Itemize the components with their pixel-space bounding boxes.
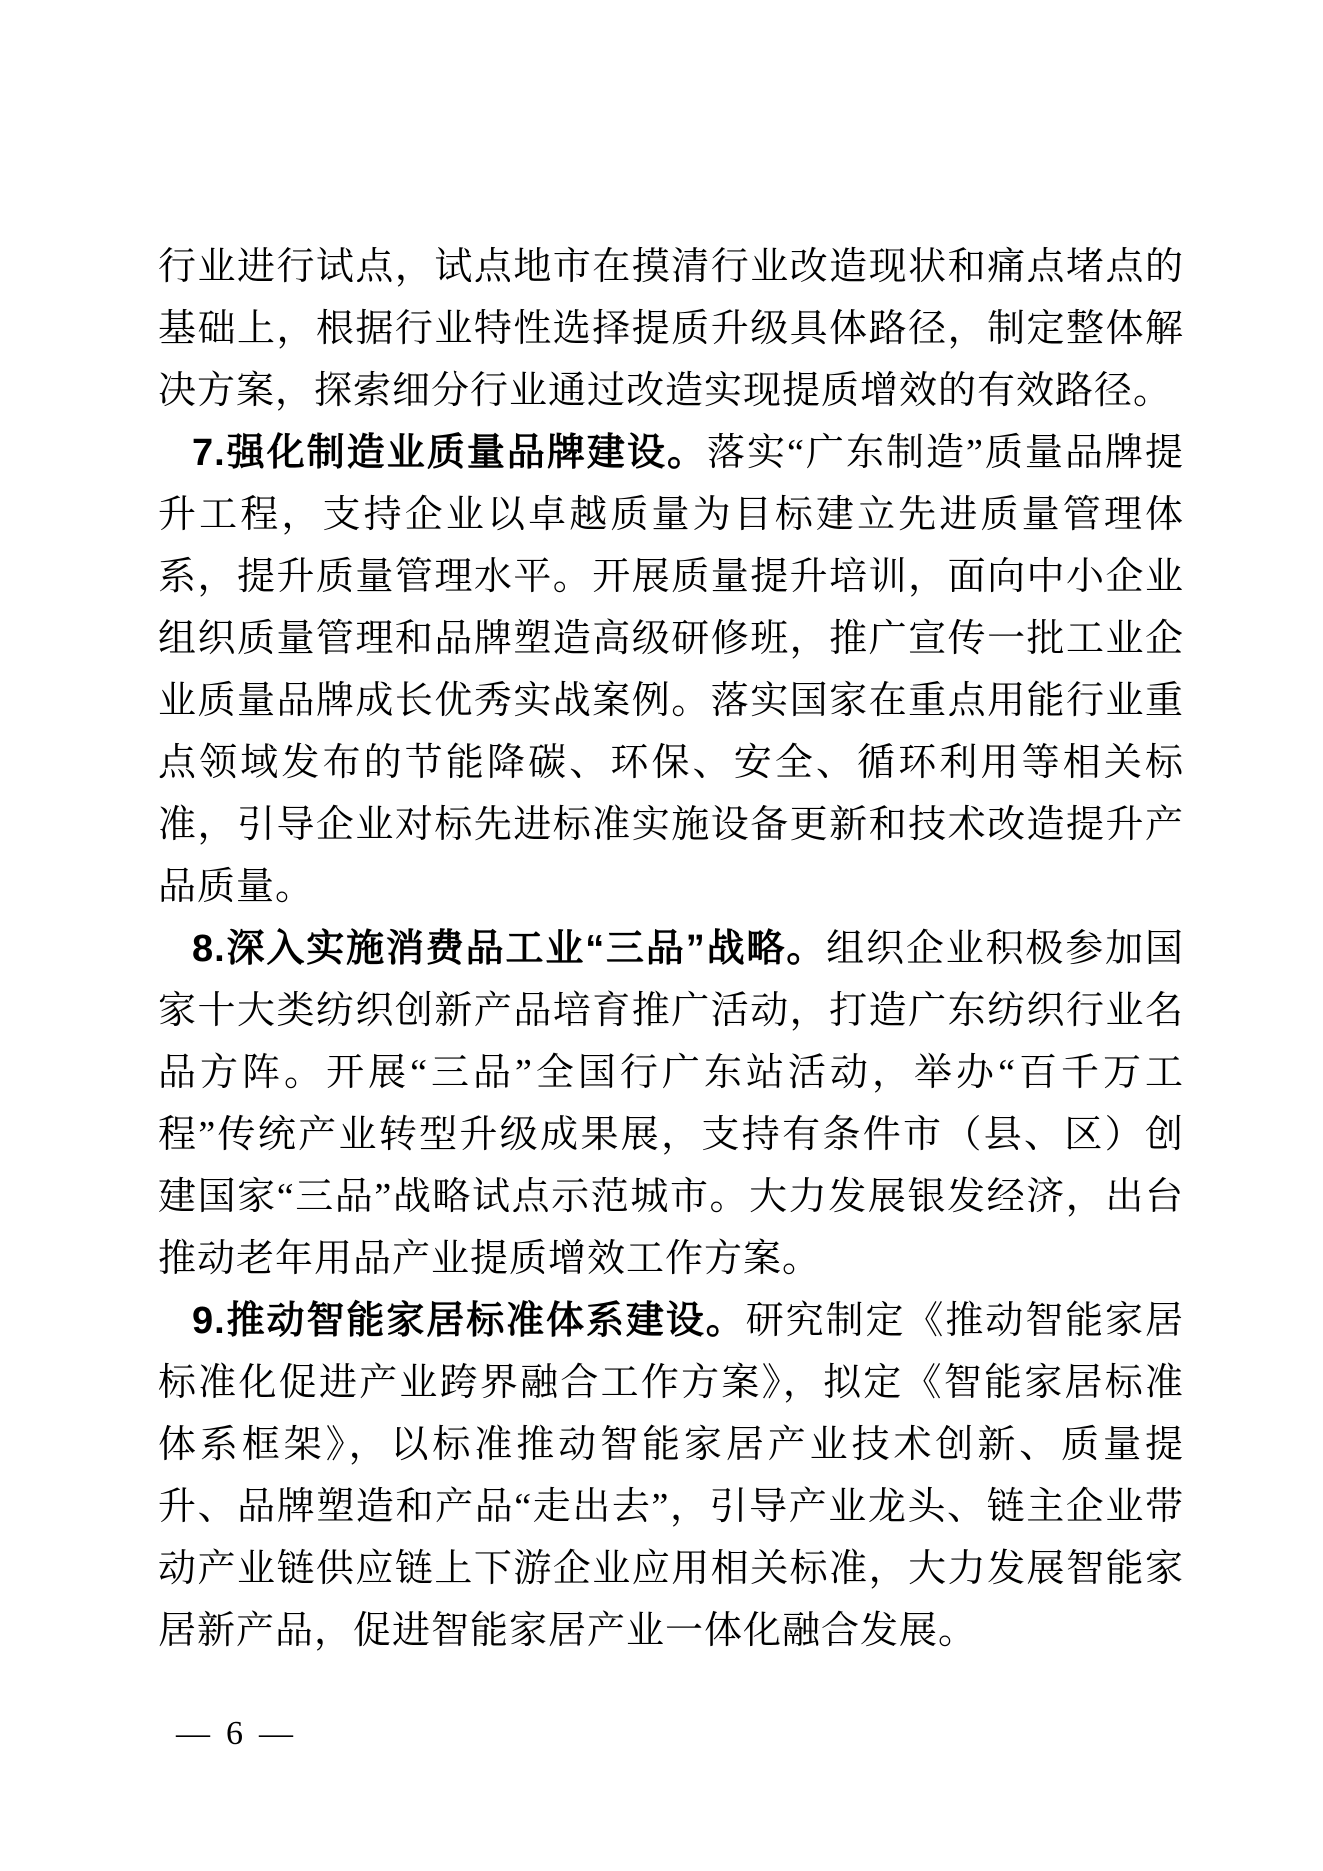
paragraph-lead-9: 9.推动智能家居标准体系建设。 — [192, 1300, 746, 1342]
paragraph-lead-8: 8.深入实施消费品工业“三品”战略。 — [192, 928, 826, 970]
document-body: 行业进行试点，试点地市在摸清行业改造现状和痛点堵点的基础上，根据行业特性选择提质… — [158, 236, 1184, 1662]
paragraph-text-9: 研究制定《推动智能家居标准化促进产业跨界融合工作方案》，拟定《智能家居标准体系框… — [158, 1300, 1184, 1652]
page-number: 6 — [226, 1715, 243, 1752]
paragraph-continuation: 行业进行试点，试点地市在摸清行业改造现状和痛点堵点的基础上，根据行业特性选择提质… — [158, 236, 1184, 422]
document-page: 行业进行试点，试点地市在摸清行业改造现状和痛点堵点的基础上，根据行业特性选择提质… — [0, 0, 1323, 1871]
page-footer: —6— — [176, 1714, 293, 1754]
paragraph-item-7: 7.强化制造业质量品牌建设。落实“广东制造”质量品牌提升工程，支持企业以卓越质量… — [158, 422, 1184, 918]
footer-dash-right: — — [259, 1715, 293, 1752]
paragraph-text-8: 组织企业积极参加国家十大类纺织创新产品培育推广活动，打造广东纺织行业名品方阵。开… — [158, 928, 1184, 1280]
paragraph-item-8: 8.深入实施消费品工业“三品”战略。组织企业积极参加国家十大类纺织创新产品培育推… — [158, 918, 1184, 1290]
paragraph-text-7: 落实“广东制造”质量品牌提升工程，支持企业以卓越质量为目标建立先进质量管理体系，… — [158, 432, 1184, 908]
paragraph-lead-7: 7.强化制造业质量品牌建设。 — [192, 432, 707, 474]
paragraph-item-9: 9.推动智能家居标准体系建设。研究制定《推动智能家居标准化促进产业跨界融合工作方… — [158, 1290, 1184, 1662]
paragraph-text: 行业进行试点，试点地市在摸清行业改造现状和痛点堵点的基础上，根据行业特性选择提质… — [158, 246, 1184, 412]
footer-dash-left: — — [176, 1715, 210, 1752]
